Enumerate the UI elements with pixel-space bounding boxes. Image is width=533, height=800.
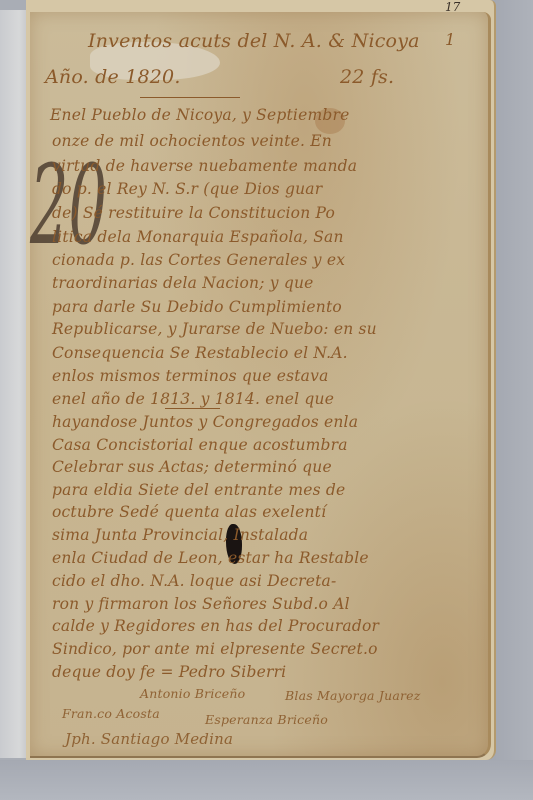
body-line: cido el dho. N.A. loque asi Decreta- <box>52 572 336 590</box>
body-line: Celebrar sus Actas; determinó que <box>52 458 332 476</box>
body-line: calde y Regidores en has del Procurador <box>52 617 379 635</box>
body-line: Sindico, por ante mi elpresente Secret.o <box>52 640 378 658</box>
body-line: de) Sé restituire la Constitucion Po <box>52 204 335 222</box>
body-line: virtud de haverse nuebamente manda <box>52 157 357 175</box>
body-line: traordinarias dela Nacion; y que <box>52 274 314 292</box>
folio-number: 17 <box>445 0 460 14</box>
body-line: sima Junta Provincial, Instalada <box>52 526 308 544</box>
signature-esperanza-briceno: Esperanza Briceño <box>205 712 328 727</box>
body-line: octubre Sedé quenta alas exelentí <box>52 503 326 521</box>
scanner-background-bottom <box>0 760 533 800</box>
body-line: para darle Su Debido Cumplimiento <box>52 298 342 316</box>
signature-antonio-briceno: Antonio Briceño <box>140 686 245 701</box>
header-title: Inventos acuts del N. A. & Nicoya <box>88 30 420 52</box>
body-line: Casa Concistorial enque acostumbra <box>52 436 348 454</box>
body-line: litica dela Monarquia Española, San <box>52 228 344 246</box>
body-line: hayandose Juntos y Congregados enla <box>52 413 358 431</box>
body-line: enla Ciudad de Leon, estar ha Restable <box>52 549 369 567</box>
body-line: Enel Pueblo de Nicoya, y Septiembre <box>50 106 349 124</box>
body-line: enlos mismos terminos que estava <box>52 367 329 385</box>
body-line: ron y firmaron los Señores Subd.o Al <box>52 595 350 613</box>
body-line: deque doy fe = Pedro Siberri <box>52 663 286 681</box>
year-underline <box>140 97 240 98</box>
body-line: onze de mil ochocientos veinte. En <box>52 132 332 150</box>
body-line: cionada p. las Cortes Generales y ex <box>52 251 345 269</box>
scanner-background-right <box>490 0 533 800</box>
body-line: enel año de 1813. y 1814. enel que <box>52 390 334 408</box>
signature-blas-mayorga: Blas Mayorga Juarez <box>285 688 421 703</box>
year-1813-underline <box>165 408 220 409</box>
header-mark: 1 <box>445 30 455 49</box>
header-year: Año. de 1820. <box>45 66 181 88</box>
body-line: Republicarse, y Jurarse de Nuebo: en su <box>52 320 377 338</box>
signature-santiago-medina: Jph. Santiago Medina <box>65 730 233 748</box>
body-line: do p. el Rey N. S.r (que Dios guar <box>52 180 322 198</box>
body-line: Consequencia Se Restablecio el N.A. <box>52 344 348 362</box>
header-folio-count: 22 fs. <box>340 66 394 88</box>
body-line: para eldia Siete del entrante mes de <box>52 481 345 499</box>
signature-francisco-acosta: Fran.co Acosta <box>62 706 160 721</box>
